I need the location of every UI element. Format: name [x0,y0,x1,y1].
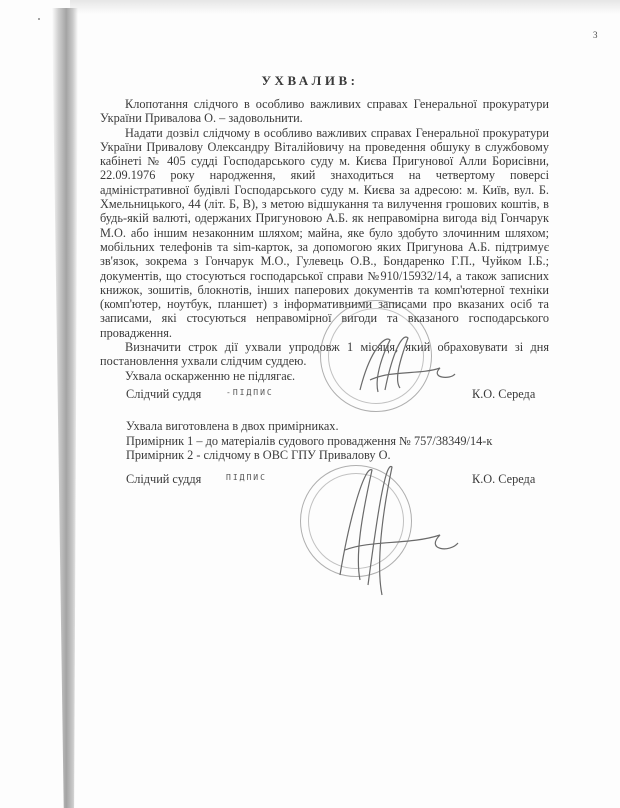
judge-name: К.О. Середа [472,387,535,402]
copy-1-line: Примірник 1 – до матеріалів судового про… [126,434,492,449]
signature-label: Слідчий суддя [126,472,201,487]
page-number: 3 [593,30,598,40]
signature-placeholder: -ПІДПИС [226,388,274,397]
copies-intro: Ухвала виготовлена в двох примірниках. [126,419,492,434]
judge-name: К.О. Середа [472,472,535,487]
scan-speck [38,18,40,20]
paragraph-grant-motion: Клопотання слідчого в особливо важливих … [100,97,549,126]
signature-placeholder: ПІДПИС [226,473,267,482]
section-title: УХВАЛИВ: [0,73,620,89]
signature-label: Слідчий суддя [126,387,201,402]
scan-shadow [70,0,620,14]
signature-block-2: Слідчий суддя ПІДПИС К.О. Середа [126,472,556,488]
binding-edge-shadow [52,8,78,808]
document-page: 3 УХВАЛИВ: Клопотання слідчого в особлив… [0,0,620,808]
paragraph-search-permission: Надати дозвіл слідчому в особливо важлив… [100,126,549,340]
signature-block-1: Слідчий суддя -ПІДПИС К.О. Середа [126,387,556,403]
